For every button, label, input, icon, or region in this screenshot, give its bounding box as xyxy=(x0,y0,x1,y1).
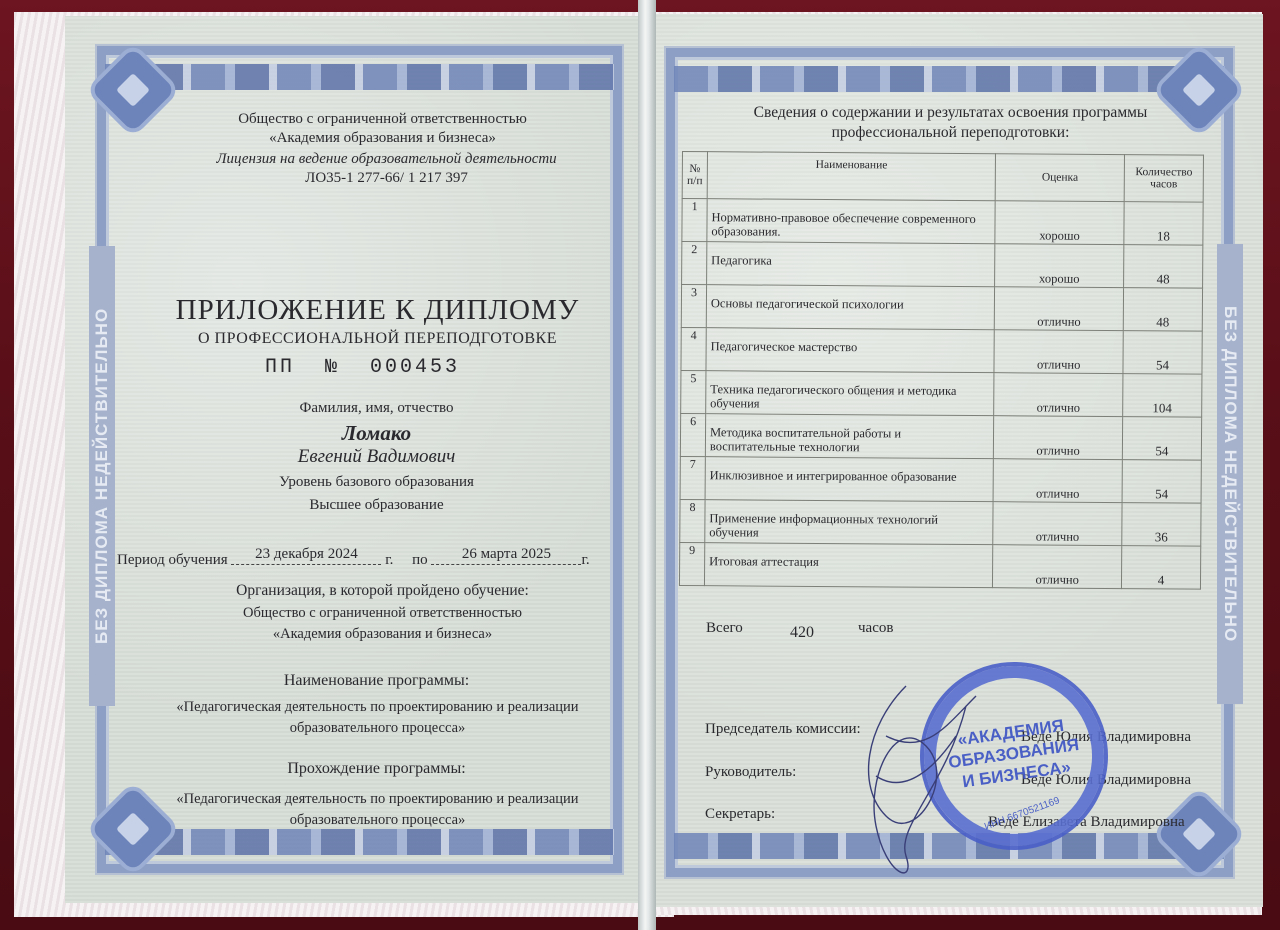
table-row: 5Техника педагогического общения и метод… xyxy=(681,370,1202,417)
results-title-line-2: профессиональной переподготовки: xyxy=(693,123,1208,143)
table-row: 7Инклюзивное и интегрированное образован… xyxy=(680,456,1201,503)
year-suffix: г. xyxy=(385,552,393,568)
document-subtitle: О ПРОФЕССИОНАЛЬНОЙ ПЕРЕПОДГОТОВКЕ xyxy=(165,330,590,348)
organization-value-2: «Академия образования и бизнеса» xyxy=(165,626,600,643)
subject-name: Нормативно-правовое обеспечение современ… xyxy=(711,199,991,240)
cell-num: 1 xyxy=(682,199,707,242)
table-header-row: № п/п Наименование Оценка Количество час… xyxy=(682,152,1203,203)
side-security-strip: БЕЗ ДИПЛОМА НЕДЕЙСТВИТЕЛЬНО xyxy=(1217,244,1243,704)
organization-value-1: Общество с ограниченной ответственностью xyxy=(165,605,600,622)
cell-num: 2 xyxy=(682,242,707,285)
cell-grade: отлично xyxy=(993,502,1122,546)
cell-name: Инклюзивное и интегрированное образовани… xyxy=(705,457,994,502)
total-hours: Всего 420 часов xyxy=(706,620,743,637)
subject-name: Применение информационных технологий обу… xyxy=(709,500,989,541)
table-row: 2Педагогикахорошо48 xyxy=(682,242,1203,289)
subject-name: Педагогика xyxy=(711,242,990,269)
cell-hours: 54 xyxy=(1123,331,1202,375)
right-page: БЕЗ ДИПЛОМА НЕДЕЙСТВИТЕЛЬНО Сведения о с… xyxy=(648,14,1263,907)
header-hours: Количество часов xyxy=(1124,155,1203,203)
series: ПП xyxy=(265,356,295,379)
bookmark-ribbon xyxy=(638,0,656,930)
fio-label: Фамилия, имя, отчество xyxy=(165,400,588,417)
cell-name: Нормативно-правовое обеспечение современ… xyxy=(707,199,996,244)
cell-name: Методика воспитательной работы и воспита… xyxy=(705,414,994,459)
subjects-table: № п/п Наименование Оценка Количество час… xyxy=(679,151,1204,590)
cell-hours: 36 xyxy=(1122,503,1201,547)
cell-name: Применение информационных технологий обу… xyxy=(705,500,994,545)
table-row: 6Методика воспитательной работы и воспит… xyxy=(680,413,1201,460)
program-completion-label: Прохождение программы: xyxy=(165,760,588,778)
period-to-label: по xyxy=(412,552,428,568)
license-number: ЛО35-1 277-66/ 1 217 397 xyxy=(165,169,608,188)
header-grade: Оценка xyxy=(995,154,1124,202)
table-row: 4Педагогическое мастерствоотлично54 xyxy=(681,327,1202,374)
license-label: Лицензия на ведение образовательной деят… xyxy=(165,150,608,169)
signatory-director: Руководитель: Веде Юлия Владимировна xyxy=(705,764,796,781)
cell-grade: хорошо xyxy=(995,201,1124,245)
education-level-label: Уровень базового образования xyxy=(165,474,588,491)
subject-name: Педагогическое мастерство xyxy=(711,328,990,355)
subject-name: Инклюзивное и интегрированное образовани… xyxy=(710,457,989,484)
table-row: 8Применение информационных технологий об… xyxy=(680,499,1201,546)
given-names: Евгений Вадимович xyxy=(165,446,588,468)
total-unit: часов xyxy=(858,620,893,637)
results-title: Сведения о содержании и результатах осво… xyxy=(693,103,1208,143)
year-suffix: г. xyxy=(581,552,589,568)
cell-grade: отлично xyxy=(994,330,1123,374)
subject-name: Основы педагогической психологии xyxy=(711,285,990,312)
cell-num: 7 xyxy=(680,456,705,499)
table-row: 1Нормативно-правовое обеспечение совреме… xyxy=(682,199,1203,246)
number-sign: № xyxy=(325,356,340,379)
cell-num: 3 xyxy=(681,285,706,328)
cell-grade: отлично xyxy=(993,545,1122,589)
license-info: Лицензия на ведение образовательной деят… xyxy=(165,150,608,188)
cell-name: Педагогика xyxy=(707,242,996,287)
study-period: Период обучения 23 декабря 2024 г. по 26… xyxy=(117,552,590,571)
signatory-secretary: Секретарь: Веде Елизавета Владимировна xyxy=(705,806,775,823)
issuer-line-1: Общество с ограниченной ответственностью xyxy=(165,110,600,129)
subject-name: Техника педагогического общения и методи… xyxy=(710,371,990,412)
program-completion-value: «Педагогическая деятельность по проектир… xyxy=(155,789,600,831)
handwritten-signature-icon xyxy=(846,666,986,896)
cell-name: Основы педагогической психологии xyxy=(706,285,995,330)
total-value: 420 xyxy=(790,624,814,642)
issuer-organization: Общество с ограниченной ответственностью… xyxy=(165,110,600,148)
number-value: 000453 xyxy=(370,356,460,379)
cell-name: Итоговая аттестация xyxy=(704,543,993,588)
period-label: Период обучения xyxy=(117,552,228,568)
subject-name: Методика воспитательной работы и воспита… xyxy=(710,414,990,455)
cell-hours: 48 xyxy=(1124,245,1203,289)
surname: Ломако xyxy=(165,421,588,446)
education-level-value: Высшее образование xyxy=(165,497,588,514)
cell-hours: 48 xyxy=(1123,288,1202,332)
results-title-line-1: Сведения о содержании и результатах осво… xyxy=(693,103,1208,123)
cell-grade: отлично xyxy=(993,459,1122,503)
organization-label: Организация, в которой пройдено обучение… xyxy=(165,582,600,600)
cell-grade: отлично xyxy=(995,287,1124,331)
subject-name: Итоговая аттестация xyxy=(709,543,988,570)
period-from: 23 декабря 2024 xyxy=(231,546,381,565)
cell-name: Педагогическое мастерство xyxy=(706,328,995,373)
table-row: 9Итоговая аттестацияотлично4 xyxy=(679,542,1200,589)
cell-hours: 18 xyxy=(1124,202,1203,246)
cell-hours: 54 xyxy=(1122,417,1201,461)
signatory-chairman: Председатель комиссии: Веде Юлия Владими… xyxy=(705,721,861,738)
program-name-value: «Педагогическая деятельность по проектир… xyxy=(155,697,600,739)
document-number: ПП № 000453 xyxy=(165,356,560,379)
cell-num: 4 xyxy=(681,327,706,370)
cell-grade: хорошо xyxy=(995,244,1124,288)
cell-num: 5 xyxy=(681,370,706,413)
cell-grade: отлично xyxy=(994,416,1123,460)
guilloche-band-top xyxy=(105,64,614,90)
header-num: № п/п xyxy=(682,152,707,199)
signatory-role: Председатель комиссии: xyxy=(705,721,861,737)
document-title: ПРИЛОЖЕНИЕ К ДИПЛОМУ xyxy=(165,294,590,327)
cell-num: 8 xyxy=(680,499,705,542)
cell-hours: 104 xyxy=(1123,374,1202,418)
cell-grade: отлично xyxy=(994,373,1123,417)
program-name-label: Наименование программы: xyxy=(165,672,588,690)
guilloche-band-top xyxy=(674,66,1225,92)
guilloche-band-bottom xyxy=(105,829,614,855)
period-to: 26 марта 2025 xyxy=(431,546,581,565)
issuer-line-2: «Академия образования и бизнеса» xyxy=(165,129,600,148)
left-page: БЕЗ ДИПЛОМА НЕДЕЙСТВИТЕЛЬНО Общество с о… xyxy=(65,16,640,903)
header-name: Наименование xyxy=(707,152,996,201)
signatory-role: Секретарь: xyxy=(705,806,775,822)
cell-num: 6 xyxy=(680,413,705,456)
table-row: 3Основы педагогической психологииотлично… xyxy=(681,285,1202,332)
signatory-role: Руководитель: xyxy=(705,764,796,780)
cell-hours: 4 xyxy=(1121,546,1200,590)
side-security-strip: БЕЗ ДИПЛОМА НЕДЕЙСТВИТЕЛЬНО xyxy=(89,246,115,706)
cell-hours: 54 xyxy=(1122,460,1201,504)
cell-name: Техника педагогического общения и методи… xyxy=(706,371,995,416)
cell-num: 9 xyxy=(679,542,704,585)
total-label: Всего xyxy=(706,620,743,636)
